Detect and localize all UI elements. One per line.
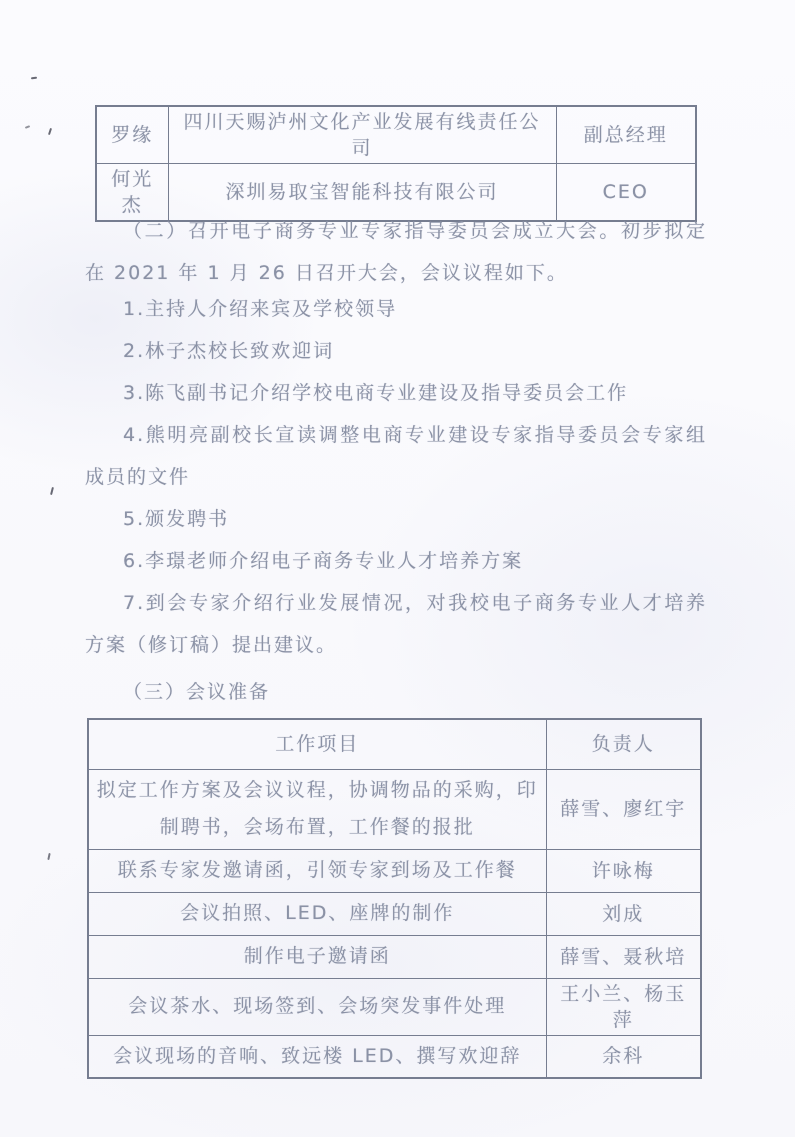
agenda-item: 5.颁发聘书	[85, 498, 707, 540]
table-row: 联系专家发邀请函，引领专家到场及工作餐 许咏梅	[88, 849, 701, 892]
owner-cell: 刘成	[546, 892, 701, 935]
task-cell: 会议现场的音响、致远楼 LED、撰写欢迎辞	[88, 1035, 546, 1078]
table-row: 会议现场的音响、致远楼 LED、撰写欢迎辞 余科	[88, 1035, 701, 1078]
agenda-item: 3.陈飞副书记介绍学校电商专业建设及指导委员会工作	[85, 372, 707, 414]
column-header-task: 工作项目	[88, 719, 546, 769]
scan-artifact	[50, 487, 54, 495]
owner-cell: 薛雪、廖红宇	[546, 769, 701, 849]
owner-cell: 许咏梅	[546, 849, 701, 892]
task-cell: 拟定工作方案及会议议程，协调物品的采购，印制聘书，会场布置，工作餐的报批	[88, 769, 546, 849]
table-row: 会议茶水、现场签到、会场突发事件处理 王小兰、杨玉萍	[88, 978, 701, 1035]
roster-name: 罗缘	[96, 106, 168, 164]
agenda-item: 6.李璟老师介绍电子商务专业人才培养方案	[85, 540, 707, 582]
agenda-list: 1.主持人介绍来宾及学校领导 2.林子杰校长致欢迎词 3.陈飞副书记介绍学校电商…	[85, 288, 707, 666]
agenda-item: 7.到会专家介绍行业发展情况，对我校电子商务专业人才培养方案（修订稿）提出建议。	[85, 582, 707, 666]
agenda-item: 2.林子杰校长致欢迎词	[85, 330, 707, 372]
agenda-item: 1.主持人介绍来宾及学校领导	[85, 288, 707, 330]
owner-cell: 王小兰、杨玉萍	[546, 978, 701, 1035]
scan-artifact	[47, 853, 50, 860]
section-2-paragraph: （二）召开电子商务专业专家指导委员会成立大会。初步拟定在 2021 年 1 月 …	[85, 210, 707, 294]
section-3-heading: （三）会议准备	[85, 671, 707, 713]
table-header-row: 工作项目 负责人	[88, 719, 701, 769]
roster-company: 四川天赐泸州文化产业发展有线责任公司	[168, 106, 556, 164]
task-cell: 会议茶水、现场签到、会场突发事件处理	[88, 978, 546, 1035]
scan-artifact	[48, 128, 52, 135]
column-header-owner: 负责人	[546, 719, 701, 769]
table-row: 罗缘 四川天赐泸州文化产业发展有线责任公司 副总经理	[96, 106, 696, 164]
table-row: 会议拍照、LED、座牌的制作 刘成	[88, 892, 701, 935]
scan-artifact	[25, 125, 30, 129]
owner-cell: 余科	[546, 1035, 701, 1078]
scanned-document-page: 罗缘 四川天赐泸州文化产业发展有线责任公司 副总经理 何光杰 深圳易取宝智能科技…	[0, 0, 795, 1137]
task-cell: 联系专家发邀请函，引领专家到场及工作餐	[88, 849, 546, 892]
scan-artifact	[31, 77, 37, 80]
agenda-item: 4.熊明亮副校长宣读调整电商专业建设专家指导委员会专家组成员的文件	[85, 414, 707, 498]
preparation-table: 工作项目 负责人 拟定工作方案及会议议程，协调物品的采购，印制聘书，会场布置，工…	[87, 718, 702, 1079]
task-cell: 制作电子邀请函	[88, 935, 546, 978]
roster-title: 副总经理	[556, 106, 696, 164]
task-cell: 会议拍照、LED、座牌的制作	[88, 892, 546, 935]
table-row: 制作电子邀请函 薛雪、聂秋培	[88, 935, 701, 978]
owner-cell: 薛雪、聂秋培	[546, 935, 701, 978]
roster-table: 罗缘 四川天赐泸州文化产业发展有线责任公司 副总经理 何光杰 深圳易取宝智能科技…	[95, 105, 697, 222]
table-row: 拟定工作方案及会议议程，协调物品的采购，印制聘书，会场布置，工作餐的报批 薛雪、…	[88, 769, 701, 849]
